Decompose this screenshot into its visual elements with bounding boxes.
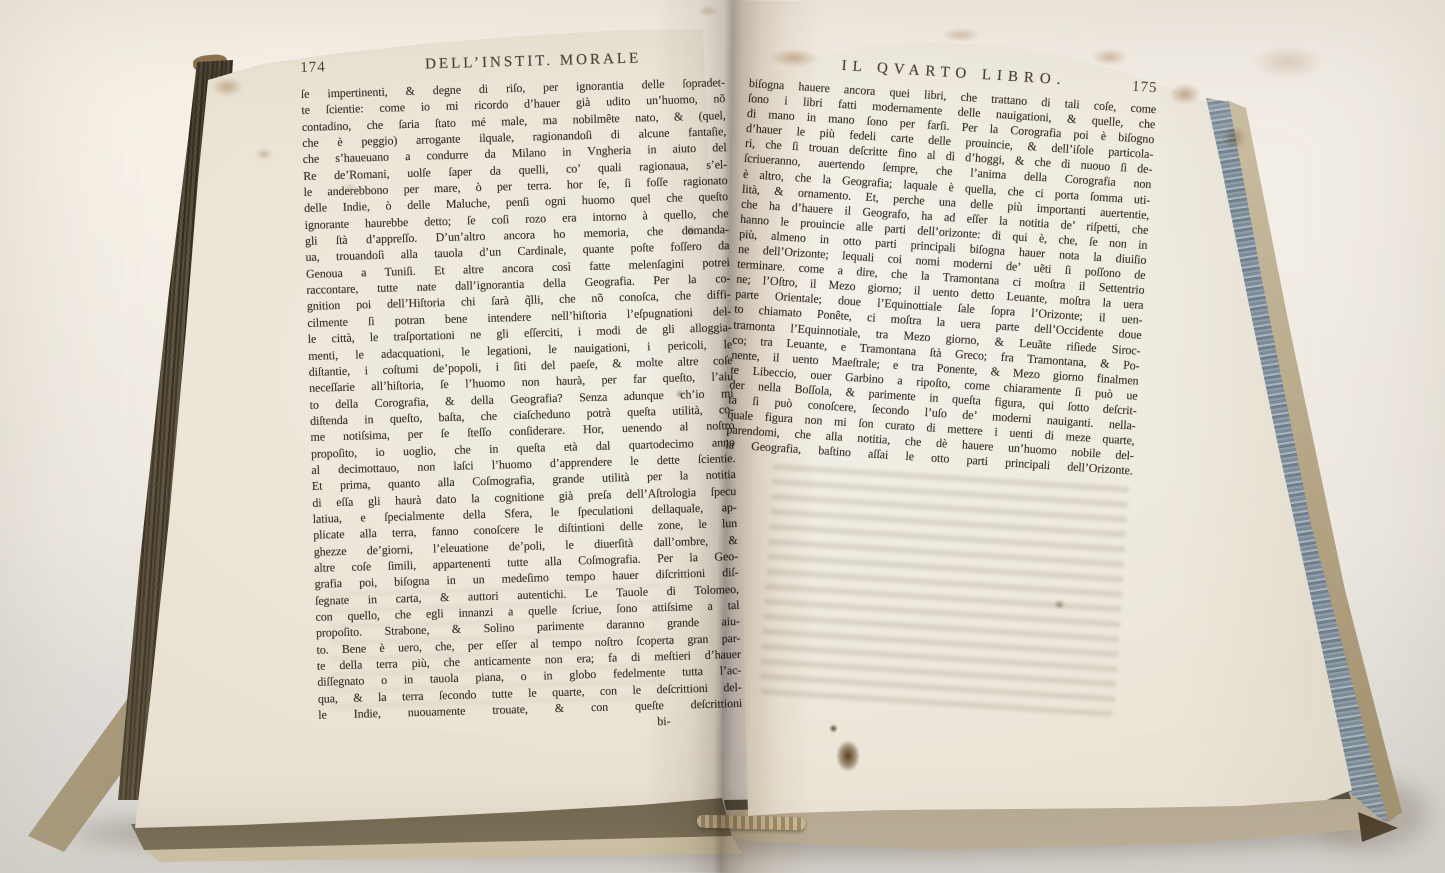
foxing-stain xyxy=(1218,122,1250,154)
foxing-stain xyxy=(935,26,987,44)
right-page-number: 175 xyxy=(1131,79,1158,98)
foxing-stain xyxy=(342,182,358,192)
ink-blot-speck xyxy=(829,724,838,733)
foxing-stain xyxy=(694,4,722,18)
ink-speck xyxy=(676,390,684,398)
ink-speck xyxy=(686,226,695,235)
foxing-stain xyxy=(1240,40,1336,84)
ink-speck xyxy=(1054,600,1065,609)
book-photograph: 174 DELL’INSTIT. MORALE ſe impertinenti,… xyxy=(0,0,1445,873)
foxing-stain xyxy=(206,74,248,100)
foxing-stain xyxy=(1086,46,1134,68)
foxing-stain xyxy=(762,46,826,70)
gutter-shadow xyxy=(642,0,822,873)
foxing-stain xyxy=(252,146,276,162)
foxing-stain xyxy=(1164,80,1206,108)
ink-blot xyxy=(836,740,860,772)
